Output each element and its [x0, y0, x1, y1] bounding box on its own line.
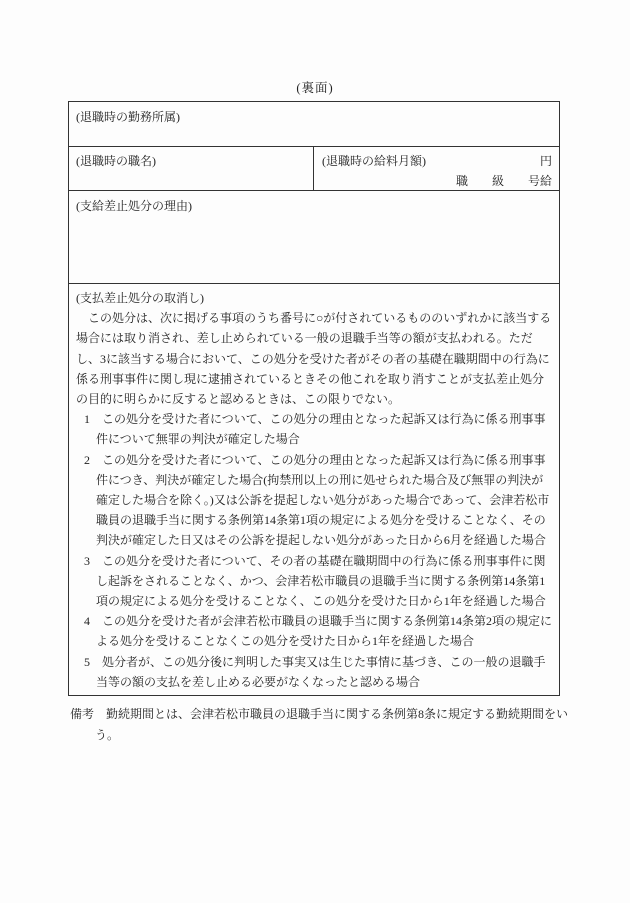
cancellation-label: (支払差止処分の取消し) [76, 288, 553, 308]
item-spacer [90, 412, 102, 426]
workplace-cell: (退職時の勤務所属) [69, 102, 559, 147]
grade-labels-line: 職 級 号給 [322, 171, 552, 191]
salary-label-line: (退職時の給料月額) 円 [322, 151, 552, 171]
salary-label: (退職時の給料月額) [322, 151, 426, 171]
form-table: (退職時の勤務所属) (退職時の職名) (退職時の給料月額) 円 職 級 号給 … [68, 101, 560, 696]
item-spacer [90, 655, 102, 669]
grade-label-shoku: 職 [456, 171, 468, 191]
document-page: (裏面) (退職時の勤務所属) (退職時の職名) (退職時の給料月額) 円 職 … [0, 0, 630, 903]
cancellation-item-5: 5処分者が、この処分後に判明した事実又は生じた事情に基づき、この一般の退職手当等… [76, 652, 553, 692]
item-text: この処分を受けた者が会津若松市職員の退職手当に関する条例第14条第2項の規定によ… [96, 614, 552, 648]
cancellation-item-1: 1この処分を受けた者について、この処分の理由となった起訴又は行為に係る刑事事件に… [76, 409, 553, 449]
workplace-label: (退職時の勤務所属) [76, 110, 180, 124]
job-title-label: (退職時の職名) [76, 154, 156, 168]
suspension-reason-label: (支給差止処分の理由) [76, 199, 192, 213]
suspension-reason-cell: (支給差止処分の理由) [69, 191, 559, 284]
item-spacer [90, 554, 102, 568]
jobtitle-salary-row: (退職時の職名) (退職時の給料月額) 円 職 級 号給 [69, 147, 559, 191]
grade-label-kyuu: 級 [492, 171, 504, 191]
job-title-cell: (退職時の職名) [69, 147, 314, 190]
page-side-label: (裏面) [0, 78, 630, 96]
salary-unit-label: 円 [540, 151, 552, 171]
remarks-text: 勤続期間とは、会津若松市職員の退職手当に関する条例第8条に規定する勤続期間をいう… [95, 707, 568, 742]
cancellation-intro-paragraph: この処分は、次に掲げる事項のうち番号に○が付されているもののいずれかに該当する場… [76, 308, 553, 409]
item-text: この処分を受けた者について、この処分の理由となった起訴又は行為に係る刑事事件につ… [96, 453, 549, 548]
item-text: この処分を受けた者について、この処分の理由となった起訴又は行為に係る刑事事件につ… [96, 412, 546, 446]
item-text: この処分を受けた者について、その者の基礎在職期間中の行為に係る刑事事件に関し起訴… [96, 554, 546, 608]
item-text: 処分者が、この処分後に判明した事実又は生じた事情に基づき、この一般の退職手当等の… [96, 655, 546, 689]
item-spacer [90, 453, 102, 467]
remarks-label: 備考 [70, 707, 94, 721]
item-spacer [90, 614, 102, 628]
cancellation-item-2: 2この処分を受けた者について、この処分の理由となった起訴又は行為に係る刑事事件に… [76, 450, 553, 551]
cancellation-item-3: 3この処分を受けた者について、その者の基礎在職期間中の行為に係る刑事事件に関し起… [76, 551, 553, 612]
cancellation-item-4: 4この処分を受けた者が会津若松市職員の退職手当に関する条例第14条第2項の規定に… [76, 611, 553, 651]
cancellation-cell: (支払差止処分の取消し) この処分は、次に掲げる事項のうち番号に○が付されている… [69, 284, 559, 695]
remarks-spacer [94, 707, 106, 721]
grade-label-gokyuu: 号給 [528, 171, 552, 191]
remarks-note: 備考勤続期間とは、会津若松市職員の退職手当に関する条例第8条に規定する勤続期間を… [70, 704, 575, 745]
salary-cell: (退職時の給料月額) 円 職 級 号給 [314, 147, 559, 190]
